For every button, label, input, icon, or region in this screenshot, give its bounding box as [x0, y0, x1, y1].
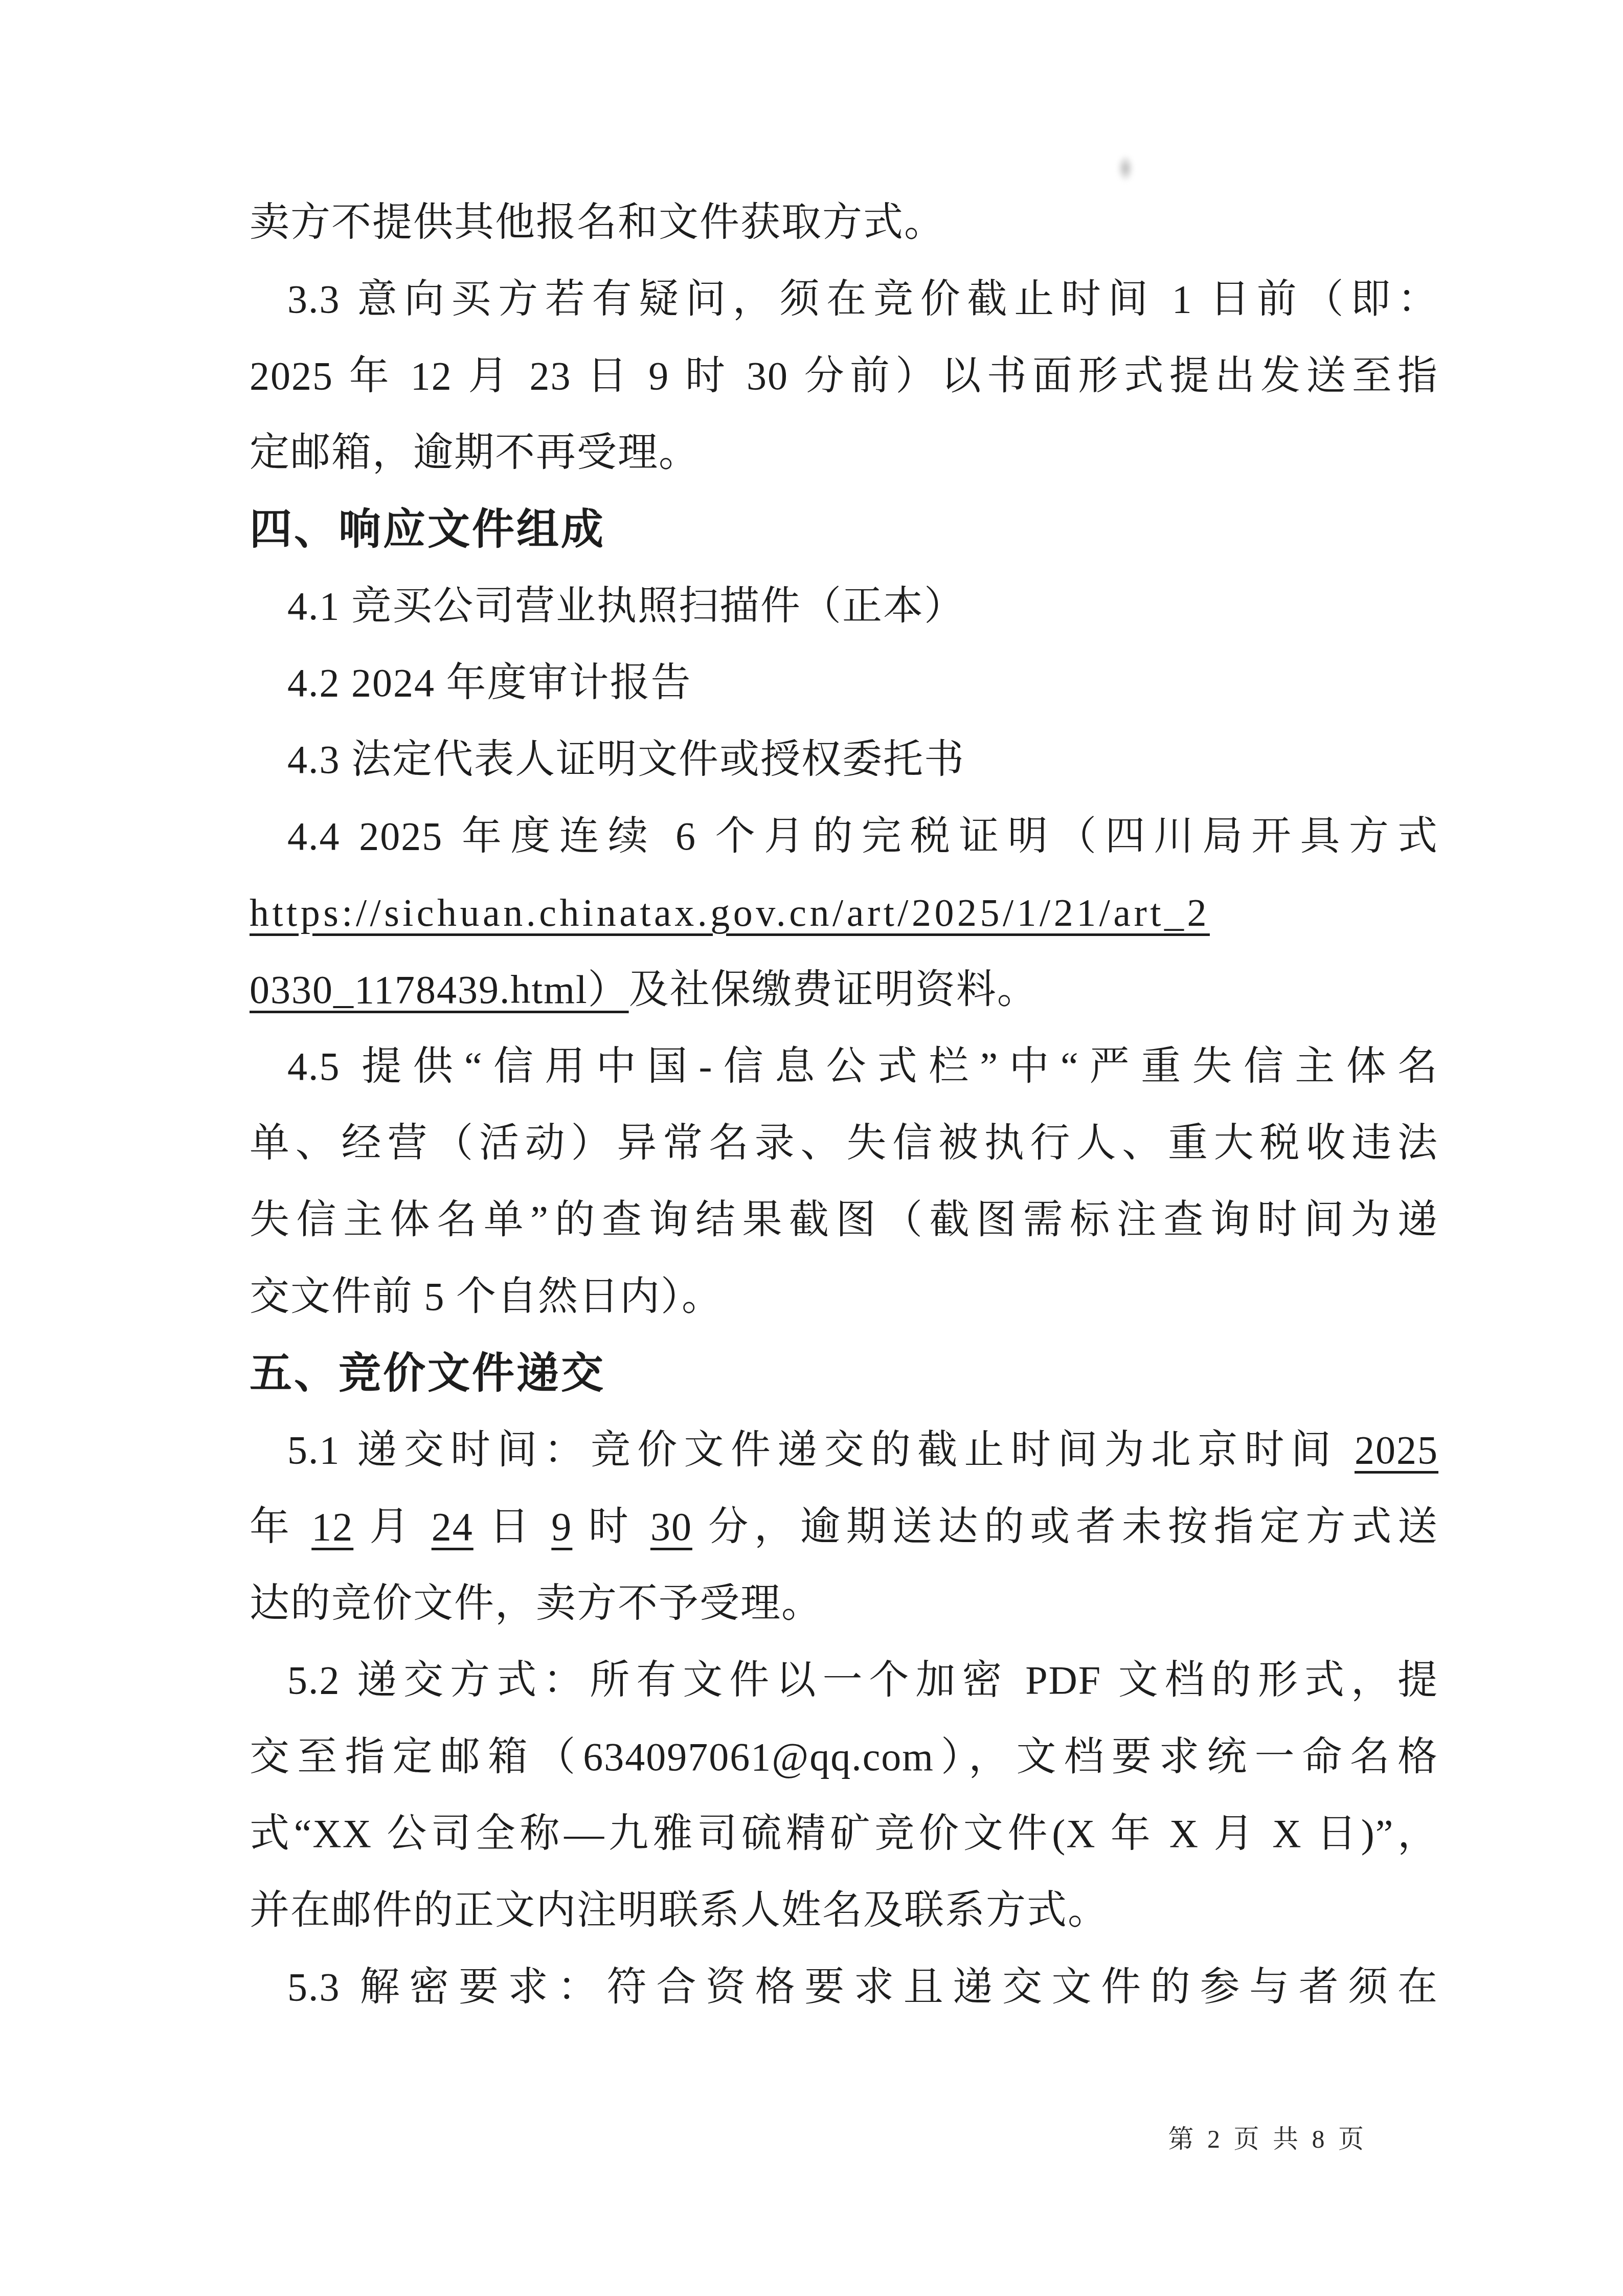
para-3-3-line-3: 定邮箱，逾期不再受理。 [250, 414, 1438, 491]
para-5-2-line-3: 式“XX 公司全称—九雅司硫精矿竞价文件(X 年 X 月 X 日)”， [250, 1795, 1438, 1872]
underlined-text-segment: 2025 [1355, 1428, 1438, 1472]
text-segment: 定邮箱，逾期不再受理。 [250, 430, 700, 475]
text-segment: 4.4 2025 年度连续 6 个月的完税证明（四川局开具方式 [287, 814, 1438, 858]
scan-smudge-artifact [1117, 155, 1134, 182]
text-segment: 并在邮件的正文内注明联系人姓名及联系方式。 [250, 1888, 1109, 1932]
text-segment: 卖方不提供其他报名和文件获取方式。 [250, 200, 945, 244]
text-segment: 四、响应文件组成 [250, 505, 605, 553]
text-segment: 单、经营（活动）异常名录、失信被执行人、重大税收违法 [250, 1121, 1438, 1165]
text-segment: 5.3 解密要求：符合资格要求且递交文件的参与者须在 [287, 1965, 1438, 2009]
item-4-5-line-2: 单、经营（活动）异常名录、失信被执行人、重大税收违法 [250, 1105, 1438, 1182]
text-segment: 交至指定邮箱（634097061@qq.com），文档要求统一命名格 [250, 1734, 1438, 1779]
para-3-2-continuation: 卖方不提供其他报名和文件获取方式。 [250, 184, 1438, 261]
item-4-1: 4.1 竞买公司营业执照扫描件（正本） [250, 568, 1438, 644]
para-5-1-line-3: 达的竞价文件，卖方不予受理。 [250, 1565, 1438, 1642]
text-segment: 5.2 递交方式：所有文件以一个加密 PDF 文档的形式，提 [287, 1658, 1438, 1702]
underlined-text-segment: 12 [311, 1504, 353, 1549]
item-4-2: 4.2 2024 年度审计报告 [250, 644, 1438, 721]
para-5-2-line-4: 并在邮件的正文内注明联系人姓名及联系方式。 [250, 1872, 1438, 1949]
text-segment: 式“XX 公司全称—九雅司硫精矿竞价文件(X 年 X 月 X 日)”， [250, 1811, 1438, 1856]
item-4-4-line-1: 4.4 2025 年度连续 6 个月的完税证明（四川局开具方式 [250, 798, 1438, 875]
underlined-text-segment: 30 [650, 1504, 692, 1549]
underlined-text-segment: 9 [551, 1504, 572, 1549]
item-4-5-line-3: 失信主体名单”的查询结果截图（截图需标注查询时间为递 [250, 1182, 1438, 1258]
para-5-3-line-1: 5.3 解密要求：符合资格要求且递交文件的参与者须在 [250, 1949, 1438, 2025]
section-5-heading: 五、竞价文件递交 [250, 1335, 1438, 1412]
item-4-3: 4.3 法定代表人证明文件或授权委托书 [250, 721, 1438, 798]
text-segment: 5.1 递交时间：竞价文件递交的截止时间为北京时间 [287, 1428, 1355, 1472]
text-segment: 4.2 2024 年度审计报告 [287, 660, 692, 705]
text-segment: 五、竞价文件递交 [250, 1349, 605, 1397]
text-segment: 日 [474, 1504, 552, 1549]
para-5-2-line-1: 5.2 递交方式：所有文件以一个加密 PDF 文档的形式，提 [250, 1642, 1438, 1719]
underlined-text-segment: 24 [432, 1504, 474, 1549]
text-segment: 达的竞价文件，卖方不予受理。 [250, 1581, 822, 1625]
item-4-5-line-1: 4.5 提供“信用中国-信息公式栏”中“严重失信主体名 [250, 1028, 1438, 1105]
text-segment: 失信主体名单”的查询结果截图（截图需标注查询时间为递 [250, 1197, 1438, 1242]
document-text-block: 卖方不提供其他报名和文件获取方式。3.3 意向买方若有疑问，须在竞价截止时间 1… [250, 184, 1438, 2025]
item-4-4-url-line-2: 0330_1178439.html）及社保缴费证明资料。 [250, 951, 1438, 1028]
para-5-1-line-2: 年 12 月 24 日 9 时 30 分，逾期送达的或者未按指定方式送 [250, 1488, 1438, 1565]
underlined-text-segment: https://sichuan.chinatax.gov.cn/art/2025… [250, 891, 1210, 934]
text-segment: 4.5 提供“信用中国-信息公式栏”中“严重失信主体名 [287, 1044, 1438, 1088]
item-4-4-url-line-1: https://sichuan.chinatax.gov.cn/art/2025… [250, 875, 1438, 951]
item-4-5-line-4: 交文件前 5 个自然日内）。 [250, 1258, 1438, 1335]
text-segment: 2025 年 12 月 23 日 9 时 30 分前）以书面形式提出发送至指 [250, 353, 1438, 398]
text-segment: 4.1 竞买公司营业执照扫描件（正本） [287, 584, 965, 628]
para-3-3-line-1: 3.3 意向买方若有疑问，须在竞价截止时间 1 日前（即： [250, 261, 1438, 338]
para-5-2-line-2: 交至指定邮箱（634097061@qq.com），文档要求统一命名格 [250, 1719, 1438, 1795]
text-segment: 分，逾期送达的或者未按指定方式送 [692, 1504, 1438, 1549]
text-segment: 4.3 法定代表人证明文件或授权委托书 [287, 737, 965, 782]
para-5-1-line-1: 5.1 递交时间：竞价文件递交的截止时间为北京时间 2025 [250, 1412, 1438, 1488]
page-footer: 第 2 页 共 8 页 [1168, 2124, 1368, 2154]
underlined-text-segment: 0330_1178439.html） [250, 967, 629, 1012]
scanned-document-page: 卖方不提供其他报名和文件获取方式。3.3 意向买方若有疑问，须在竞价截止时间 1… [0, 0, 1623, 2296]
text-segment: 年 [250, 1504, 311, 1549]
text-segment: 及社保缴费证明资料。 [629, 967, 1038, 1012]
text-segment: 交文件前 5 个自然日内）。 [250, 1274, 723, 1319]
text-segment: 时 [572, 1504, 650, 1549]
text-segment: 月 [353, 1504, 432, 1549]
section-4-heading: 四、响应文件组成 [250, 491, 1438, 568]
para-3-3-line-2: 2025 年 12 月 23 日 9 时 30 分前）以书面形式提出发送至指 [250, 338, 1438, 414]
text-segment: 3.3 意向买方若有疑问，须在竞价截止时间 1 日前（即： [287, 277, 1438, 321]
